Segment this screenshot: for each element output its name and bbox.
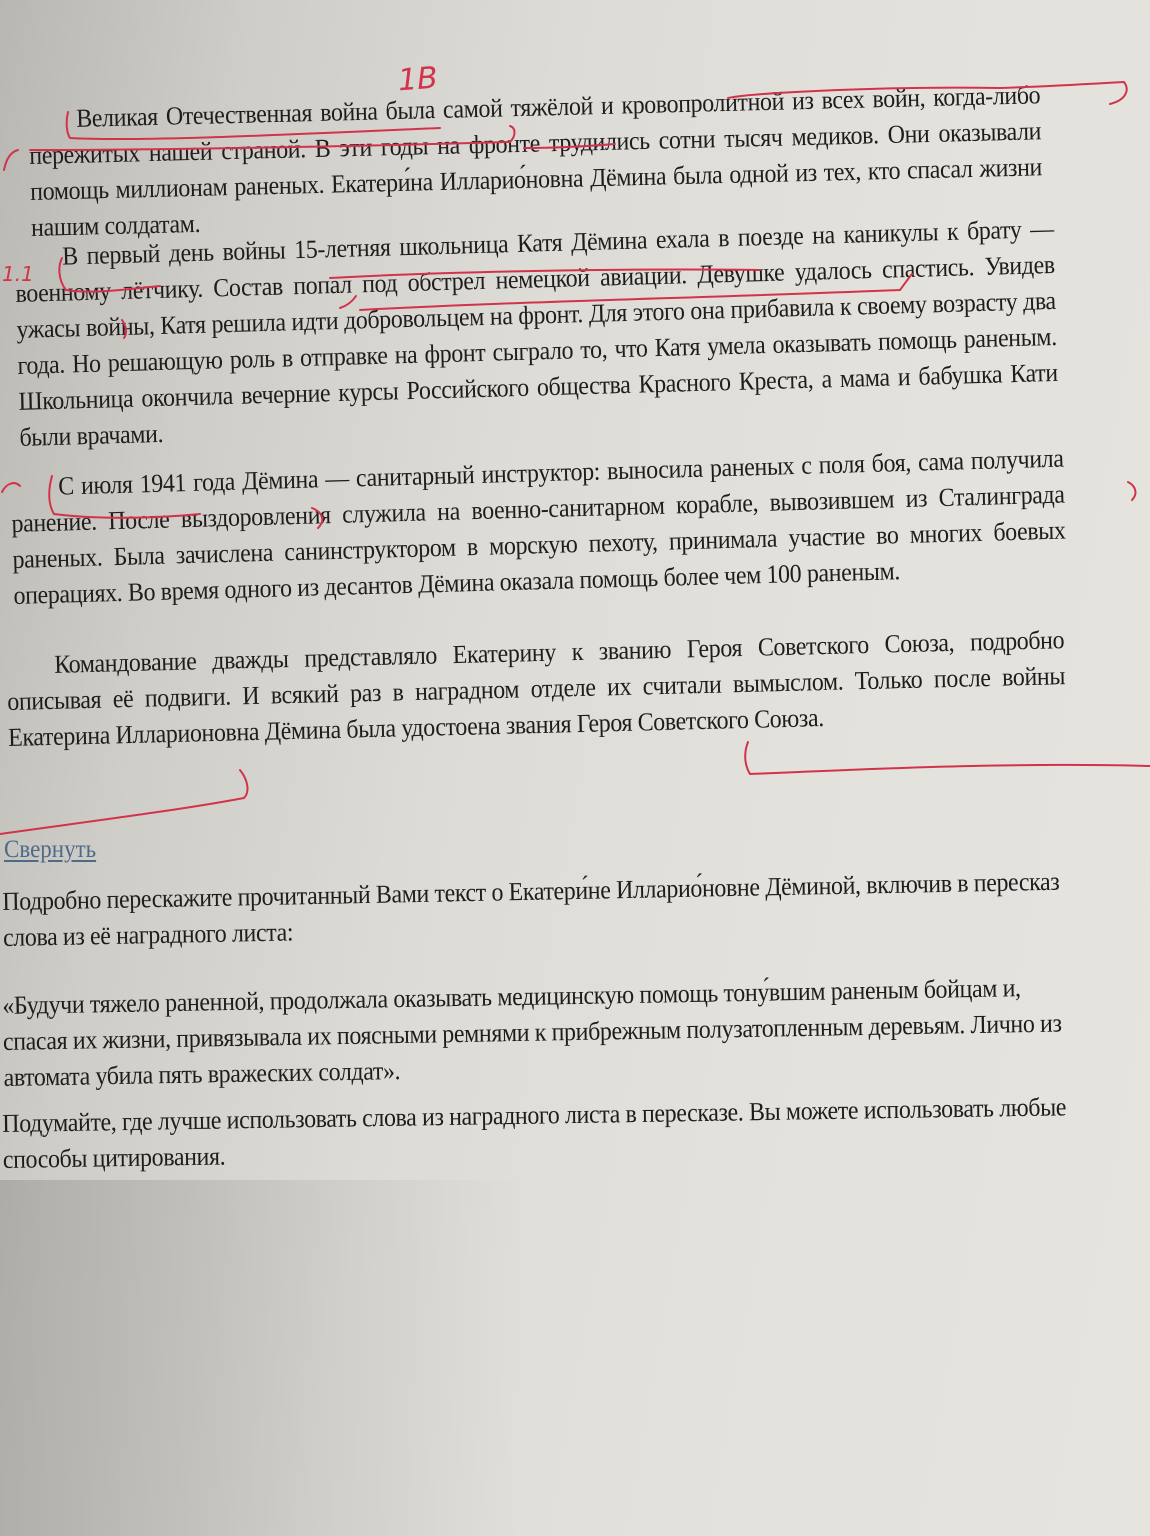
- paragraph-2-text: В первый день войны 15-летняя школьница …: [15, 214, 1058, 452]
- paragraph-4-text: Командование дважды представляло Екатери…: [7, 625, 1065, 752]
- hand-shadow: [0, 1180, 520, 1536]
- task-instruction: Подробно перескажите прочитанный Вами те…: [2, 864, 1070, 956]
- paragraph-4: Командование дважды представляло Екатери…: [6, 622, 1066, 756]
- award-quote: «Будучи тяжело раненной, продолжала оказ…: [2, 969, 1071, 1096]
- collapse-link[interactable]: Свернуть: [4, 836, 96, 864]
- paragraph-2: В первый день войны 15-летняя школьница …: [14, 211, 1059, 456]
- printed-page: Великая Отечественная война была самой т…: [0, 0, 1150, 1536]
- paragraph-3: С июля 1941 года Дёмина — санитарный инс…: [10, 441, 1067, 614]
- paragraph-3-text: С июля 1941 года Дёмина — санитарный инс…: [11, 444, 1066, 610]
- task-hint: Подумайте, где лучше использовать слова …: [2, 1089, 1070, 1178]
